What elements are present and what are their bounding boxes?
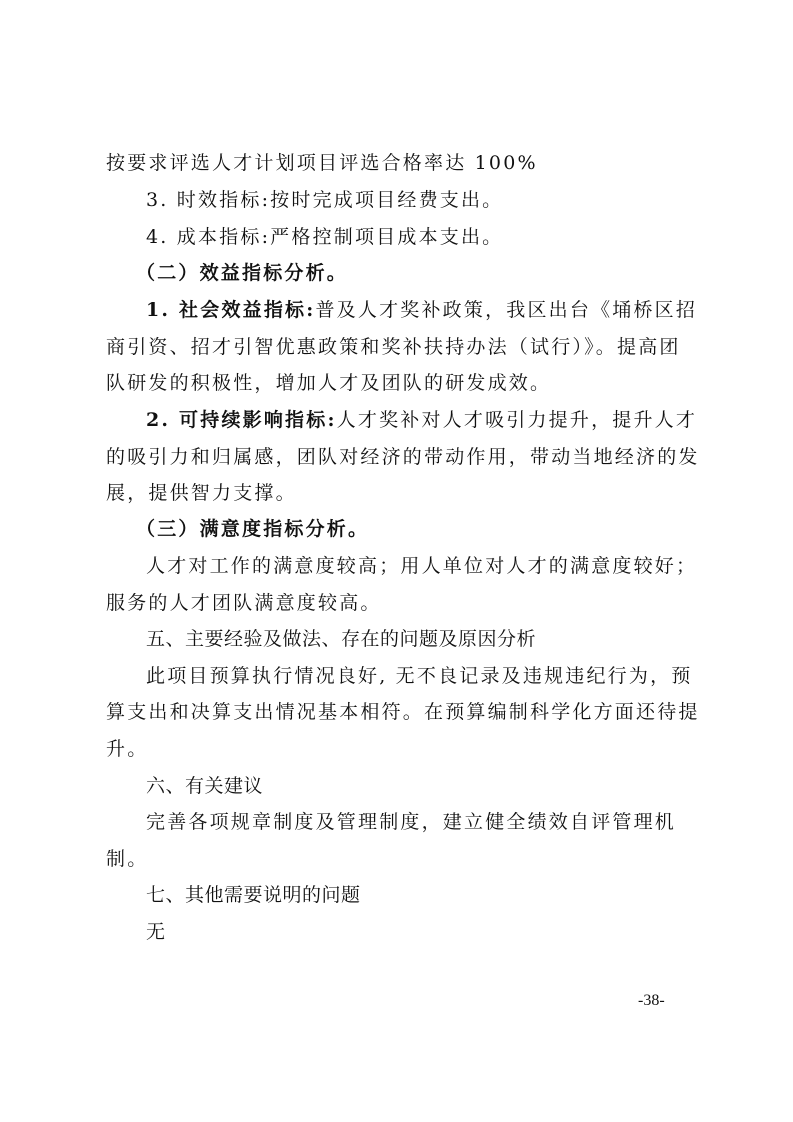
section-heading: 七、其他需要说明的问题 bbox=[146, 884, 736, 906]
paragraph-line: 商引资、招才引智优惠政策和奖补扶持办法（试行）》。提高团 bbox=[106, 336, 696, 358]
paragraph-line: 展，提供智力支撑。 bbox=[106, 482, 696, 504]
paragraph-line: 的吸引力和归属感，团队对经济的带动作用，带动当地经济的发 bbox=[106, 446, 696, 468]
document-page: 按要求评选人才计划项目评选合格率达 100% 3. 时效指标:按时完成项目经费支… bbox=[0, 0, 793, 1122]
paragraph-line: 3. 时效指标:按时完成项目经费支出。 bbox=[146, 189, 736, 211]
subsection-heading: （二）效益指标分析。 bbox=[136, 262, 726, 284]
section-heading: 五、主要经验及做法、存在的问题及原因分析 bbox=[146, 628, 736, 650]
indicator-text: 人才奖补对人才吸引力提升，提升人才 bbox=[337, 409, 697, 431]
paragraph-line: 完善各项规章制度及管理制度，建立健全绩效自评管理机 bbox=[146, 811, 736, 833]
paragraph-line: 升。 bbox=[106, 738, 696, 760]
paragraph-line: 算支出和决算支出情况基本相符。在预算编制科学化方面还待提 bbox=[106, 701, 696, 723]
paragraph-line: 队研发的积极性，增加人才及团队的研发成效。 bbox=[106, 372, 696, 394]
paragraph-line: 1. 社会效益指标:普及人才奖补政策，我区出台《埇桥区招 bbox=[146, 299, 736, 321]
paragraph-line: 无 bbox=[146, 921, 736, 943]
paragraph-line: 按要求评选人才计划项目评选合格率达 100% bbox=[106, 152, 696, 174]
indicator-text: 普及人才奖补政策，我区出台《埇桥区招 bbox=[315, 299, 697, 321]
paragraph-line: 此项目预算执行情况良好, 无不良记录及违规违纪行为，预 bbox=[146, 665, 736, 687]
paragraph-line: 4. 成本指标:严格控制项目成本支出。 bbox=[146, 226, 736, 248]
paragraph-line: 人才对工作的满意度较高；用人单位对人才的满意度较好； bbox=[146, 555, 736, 577]
page-number: -38- bbox=[638, 992, 665, 1010]
indicator-label: 1. 社会效益指标: bbox=[146, 299, 315, 321]
section-heading: 六、有关建议 bbox=[146, 775, 736, 797]
subsection-heading: （三）满意度指标分析。 bbox=[136, 518, 726, 540]
paragraph-line: 2. 可持续影响指标:人才奖补对人才吸引力提升，提升人才 bbox=[146, 409, 736, 431]
paragraph-line: 服务的人才团队满意度较高。 bbox=[106, 592, 696, 614]
paragraph-line: 制。 bbox=[106, 848, 696, 870]
indicator-label: 2. 可持续影响指标: bbox=[146, 409, 337, 431]
